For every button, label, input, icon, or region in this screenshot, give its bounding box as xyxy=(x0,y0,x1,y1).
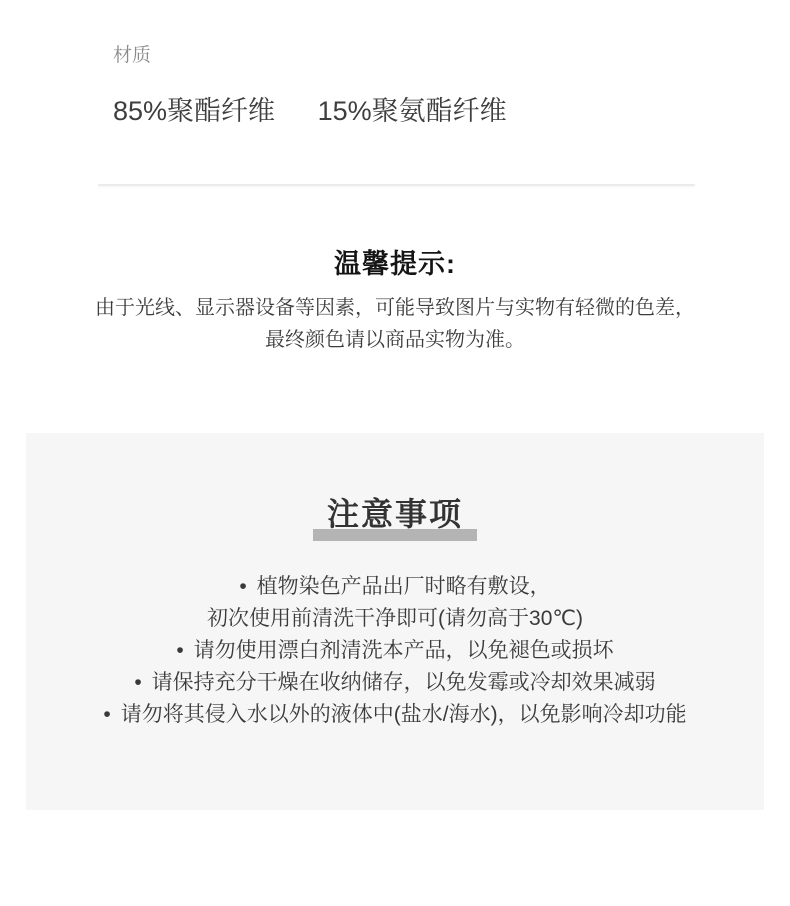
notice-line: 初次使用前清洗干净即可(请勿高于30℃) xyxy=(26,603,764,635)
bullet-icon: • xyxy=(103,703,110,726)
warm-tips-body: 由于光线、显示器设备等因素，可能导致图片与实物有轻微的色差， 最终颜色请以商品实… xyxy=(0,292,790,356)
material-label: 材质 xyxy=(113,44,151,68)
notice-list: •植物染色产品出厂时略有敷设， 初次使用前清洗干净即可(请勿高于30℃) •请勿… xyxy=(26,571,764,731)
notice-title-text: 注意事项 xyxy=(327,496,463,532)
notice-line-text: 请勿使用漂白剂清洗本产品，以免褪色或损坏 xyxy=(194,639,614,662)
warm-tips-title: 温馨提示: xyxy=(0,248,790,280)
notice-line-text: 初次使用前清洗干净即可(请勿高于30℃) xyxy=(207,607,583,630)
notice-line-text: 植物染色产品出厂时略有敷设， xyxy=(257,575,551,598)
notice-line: •请勿将其侵入水以外的液体中(盐水/海水)，以免影响冷却功能 xyxy=(26,699,764,731)
notice-line: •请保持充分干燥在收纳储存，以免发霉或冷却效果减弱 xyxy=(26,667,764,699)
material-value-polyester: 85%聚酯纤维 xyxy=(113,96,275,126)
bullet-icon: • xyxy=(176,639,183,662)
notice-title-wrap: 注意事项 xyxy=(26,433,764,533)
notice-line-text: 请保持充分干燥在收纳储存，以免发霉或冷却效果减弱 xyxy=(152,671,656,694)
notice-line: •植物染色产品出厂时略有敷设， xyxy=(26,571,764,603)
warm-tips-line: 最终颜色请以商品实物为准。 xyxy=(0,324,790,356)
warm-tips-line: 由于光线、显示器设备等因素，可能导致图片与实物有轻微的色差， xyxy=(0,292,790,324)
notice-title: 注意事项 xyxy=(327,495,463,533)
bullet-icon: • xyxy=(134,671,141,694)
notice-box: 注意事项 •植物染色产品出厂时略有敷设， 初次使用前清洗干净即可(请勿高于30℃… xyxy=(26,433,764,810)
material-value: 85%聚酯纤维 15%聚氨酯纤维 xyxy=(113,94,507,128)
notice-line-text: 请勿将其侵入水以外的液体中(盐水/海水)，以免影响冷却功能 xyxy=(121,703,687,726)
warm-tips-section: 温馨提示: 由于光线、显示器设备等因素，可能导致图片与实物有轻微的色差， 最终颜… xyxy=(0,248,790,356)
section-divider xyxy=(98,184,695,186)
bullet-icon: • xyxy=(239,575,246,598)
material-value-polyurethane: 15%聚氨酯纤维 xyxy=(318,96,507,126)
product-detail-page: 材质 85%聚酯纤维 15%聚氨酯纤维 温馨提示: 由于光线、显示器设备等因素，… xyxy=(0,0,790,906)
notice-line: •请勿使用漂白剂清洗本产品，以免褪色或损坏 xyxy=(26,635,764,667)
